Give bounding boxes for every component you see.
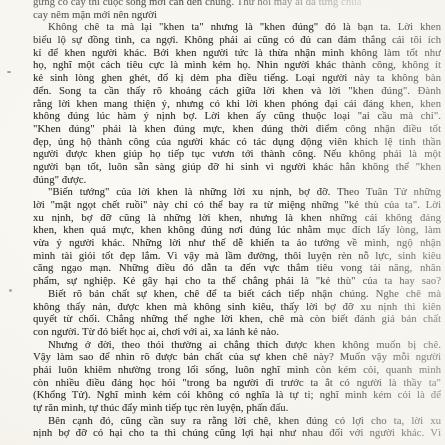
text-line: quyết từ chối. Chẳng những thế nghe lời …: [33, 314, 441, 327]
text-line: phải luôn khiêm nhường trong lối sống, l…: [33, 365, 441, 378]
text-line: rằng lời khen mang thiện ý, nhưng có khi…: [33, 99, 441, 112]
text-line: biểu lộ sự đồng tình, ca ngợi. Không phả…: [33, 35, 441, 48]
text-line: không đúng lúc hàm ý nịnh bợ. Lời khen ấ…: [33, 111, 441, 124]
text-line: con người. Từ đó biết học ai, chơi với a…: [33, 327, 441, 340]
text-line: (Khổng Tử). Nghĩ mình kém cỏi không có n…: [33, 390, 441, 403]
text-line: người được khen giúp họ tiếp tục vươn tớ…: [33, 149, 441, 162]
text-line: "Khen đúng" phải là khen đúng mực, khen …: [33, 124, 441, 137]
text-line: xu nịnh, bợ đỡ cũng là những lời khen, n…: [33, 213, 441, 226]
text-line: nịnh bợ đỡ có hại cho ta thì chúng cũng …: [33, 428, 441, 441]
text-line: kỉ để khen người khác. Bởi khen người tứ…: [33, 48, 441, 61]
text-line: Nhưng ở đời, theo thói thường ai chẳng t…: [33, 340, 441, 353]
text-line: Bên cạnh đó, cũng cần suy ra rằng lời ch…: [33, 416, 441, 429]
text-line: đẹp, ủng hộ thành công của người khác có…: [33, 137, 441, 150]
text-line: Không chê ta mà lại "khen ta" nhưng là "…: [33, 22, 441, 35]
text-line: không thấy nản, được khen mà không sinh …: [33, 302, 441, 315]
text-line: đến. Song ta cần thấy rõ khoảng cách giữ…: [33, 86, 441, 99]
text-line: cay nêm mặn mới nên người: [33, 10, 441, 23]
text-line: căng ngạo mạn. Những điều đó dẫn ta đến …: [33, 263, 441, 276]
text-line: họ, nghĩ một cách tiêu cực là mình kém h…: [33, 60, 441, 73]
scanned-page: gừng có cay thì cuộc sống mới cần đến ch…: [0, 0, 445, 445]
text-line: còn nhiều điều đáng học hỏi "trong ba ng…: [33, 378, 441, 391]
text-line: đúng" được.: [33, 175, 441, 188]
text-line: lời "mật ngọt chết ruồi" này chỉ có thể …: [33, 200, 441, 213]
text-line: Vậy làm sao để nhìn rõ được bản chất của…: [33, 352, 441, 365]
text-line: vừa ý người khác. Những lời như thế dễ k…: [33, 238, 441, 251]
scan-speck: [9, 289, 12, 292]
text-line: Biết rõ bản chất sự khen, chê để ta biết…: [33, 289, 441, 302]
text-line: mình tài giỏi tốt đẹp lắm. Vì vậy mà lầm…: [33, 251, 441, 264]
text-line: kẻ sinh lòng ghen ghét, đố kị dèm pha đi…: [33, 73, 441, 86]
text-line: khen, khen quá mực, khen không đúng nơi …: [33, 225, 441, 238]
scan-speck: [7, 71, 11, 73]
text-line: "Biến tướng" của lời khen là những lời x…: [33, 187, 441, 200]
text-line: gừng có cay thì cuộc sống mới cần đến ch…: [33, 0, 441, 10]
body-text: gừng có cay thì cuộc sống mới cần đến ch…: [33, 0, 441, 441]
text-line: tự răn mình, tự thúc đẩy mình tiếp tục r…: [33, 403, 441, 416]
text-line: phẩm, sự nghiệp. Kẻ gây hại cho ta thế c…: [33, 276, 441, 289]
text-line: người bạn tốt, luôn sẵn sàng giúp đỡ hi …: [33, 162, 441, 175]
